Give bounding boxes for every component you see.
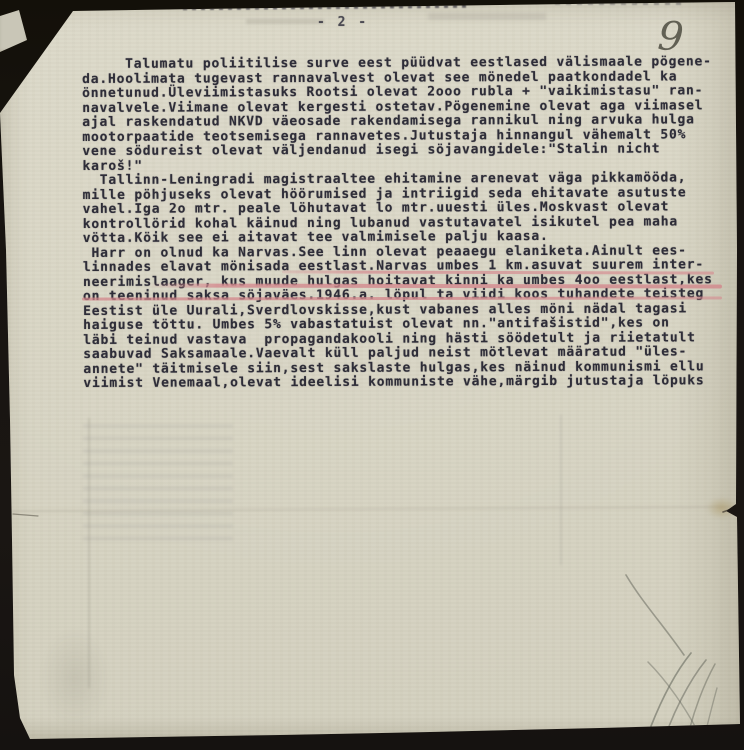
fold-crease [560, 415, 562, 565]
red-underline-mark [82, 296, 722, 300]
pencil-smudge [40, 628, 110, 728]
paper-corner-fragment [0, 10, 30, 54]
paper-sheet: - 2 - 9 Talumatu poliitilise surve eest … [0, 0, 744, 750]
scanned-document-page: - 2 - 9 Talumatu poliitilise surve eest … [0, 0, 744, 750]
typed-line: viimist Venemaal,olevat ideelisi kommuni… [83, 374, 743, 391]
page-number: - 2 - [317, 15, 369, 30]
ink-bleed-through [83, 424, 233, 549]
typed-text: Talumatu poliitilise surve eest püüdvat … [82, 55, 743, 391]
cutoff-typed-line-fragment [555, 1, 685, 5]
paper-shading-bottom [0, 716, 744, 742]
paper-stain [706, 497, 738, 519]
pencil-smudge [428, 13, 546, 20]
cutoff-typed-line-fragment [183, 2, 469, 10]
pencil-smudge [246, 19, 324, 24]
typed-line: vene södureist olevat väljendanud isegi … [82, 142, 742, 159]
